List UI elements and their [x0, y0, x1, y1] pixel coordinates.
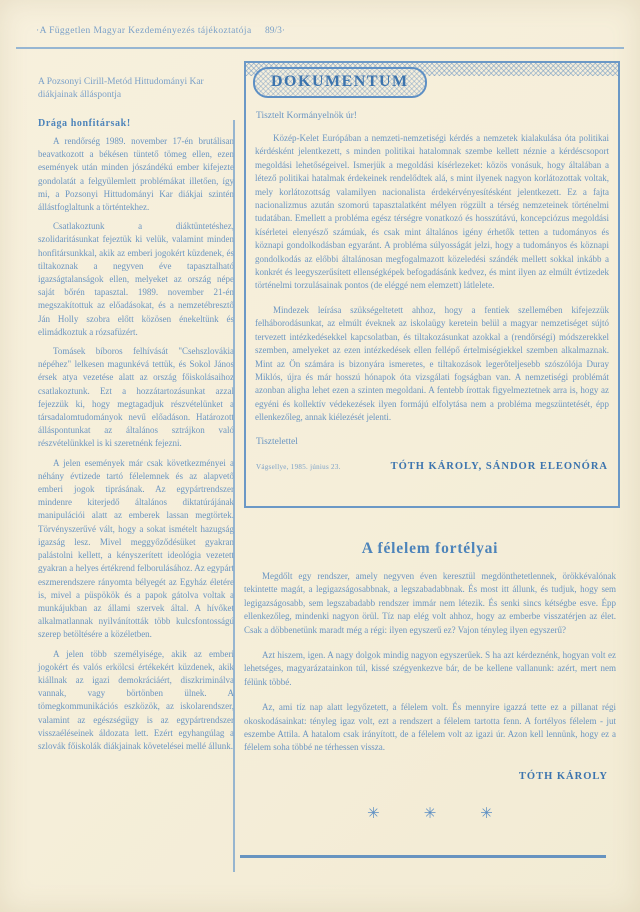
column-divider-rule [233, 120, 235, 872]
article-title: A félelem fortélyai [240, 540, 620, 558]
left-column-paragraph: Csatlakoztunk a diáktüntetéshez, szolida… [38, 220, 234, 339]
letter-signature-row: Vágsellye, 1985. június 23. TÓTH KÁROLY,… [256, 461, 608, 472]
left-column-heading: A Pozsonyi Cirill-Metód Hittudományi Kar… [38, 76, 234, 102]
dokumentum-rubric-label: DOKUMENTUM [253, 67, 427, 98]
article-paragraph: Megdőlt egy rendszer, amely negyven éven… [244, 570, 616, 637]
section-divider-stars: ✳ ✳ ✳ [240, 804, 620, 823]
masthead: ·A Független Magyar Kezdeményezés tájéko… [36, 26, 252, 36]
article-author-signature: TÓTH KÁROLY [240, 771, 608, 782]
left-column-paragraph: A jelen több személyisége, akik az ember… [38, 648, 234, 754]
article-paragraph: Az, ami tíz nap alatt legyőzetett, a fél… [244, 701, 616, 755]
left-column-paragraph: A jelen események már csak következménye… [38, 457, 234, 642]
article-paragraph: Azt hiszem, igen. A nagy dolgok mindig n… [244, 649, 616, 689]
letter-signatures: TÓTH KÁROLY, SÁNDOR ELEONÓRA [391, 461, 608, 472]
header-rule [16, 47, 624, 49]
scanned-document-page: ·A Független Magyar Kezdeményezés tájéko… [0, 0, 640, 912]
letter-dateline: Vágsellye, 1985. június 23. [256, 463, 341, 471]
issue-number: 89/3· [265, 26, 285, 36]
letter-salutation: Tisztelt Kormányelnök úr! [256, 111, 608, 121]
dokumentum-box: DOKUMENTUM Tisztelt Kormányelnök úr! Köz… [244, 61, 620, 508]
letter-paragraph: Közép-Kelet Európában a nemzeti-nemzetis… [255, 132, 609, 293]
left-column-salutation: Drága honfitársak! [38, 118, 234, 129]
left-column: A Pozsonyi Cirill-Metód Hittudományi Kar… [38, 76, 234, 753]
asterisk-star-icon: ✳ [424, 804, 437, 823]
article-section: A félelem fortélyai Megdőlt egy rendszer… [240, 540, 620, 823]
asterisk-star-icon: ✳ [367, 804, 380, 823]
footer-rule [240, 855, 606, 858]
letter-closing: Tisztelettel [256, 437, 608, 447]
letter-paragraph: Mindezek leírása szükségeltetett ahhoz, … [255, 304, 609, 425]
left-column-paragraph: A rendőrség 1989. november 17-én brutáli… [38, 135, 234, 214]
left-column-paragraph: Tomásek bíboros felhívását "Csehszlováki… [38, 345, 234, 451]
asterisk-star-icon: ✳ [480, 804, 493, 823]
